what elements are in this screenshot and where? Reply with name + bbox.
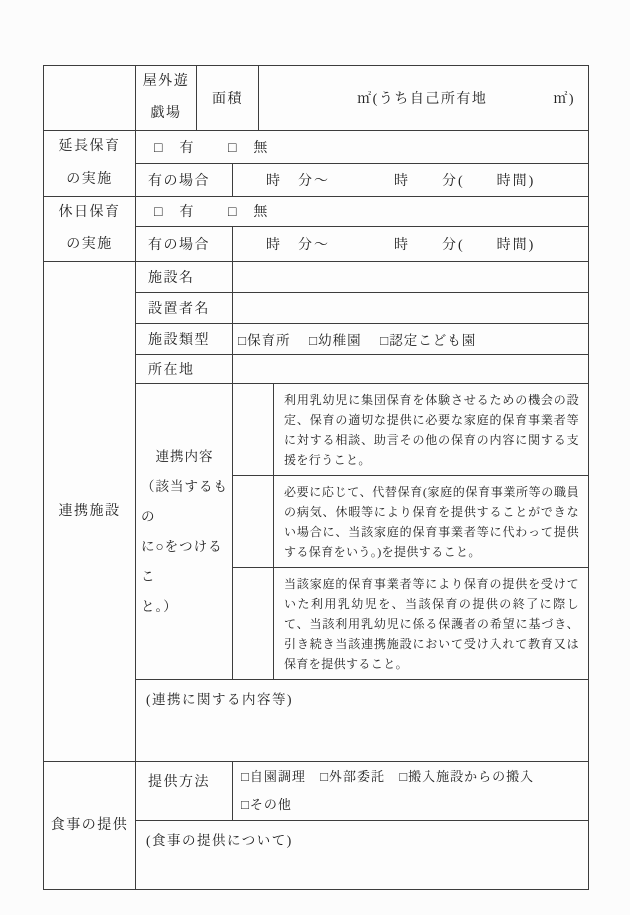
other-method-checkbox[interactable]: □その他 [241, 797, 292, 812]
own-land-unit-text: ㎡) [553, 88, 575, 108]
holiday-care-time-range: 時 分～ 時 分( 時間) [233, 226, 589, 261]
cooperation-content-label: 連携内容 （該当するもの に○をつけるこ と。） [136, 384, 233, 680]
nursery-checkbox[interactable]: □保育所 [238, 333, 291, 348]
cooperation-notes-area: (連携に関する内容等) [136, 680, 589, 762]
extended-care-availability: □ 有 □ 無 [136, 131, 589, 164]
holiday-care-label: 休日保育 の実施 [44, 196, 136, 261]
provision-method-label: 提供方法 [136, 762, 233, 821]
delivered-from-facility-checkbox[interactable]: □搬入施設からの搬入 [399, 769, 534, 784]
meal-provision-label: 食事の提供 [44, 762, 136, 890]
meal-notes-area: (食事の提供について) [136, 821, 589, 890]
cooperation-mark-cell-3[interactable] [233, 568, 274, 680]
facility-type-options: □保育所 □幼稚園 □認定こども園 [233, 324, 589, 355]
provision-method-options: □自園調理 □外部委託 □搬入施設からの搬入 □その他 [233, 762, 589, 821]
extended-care-time-range: 時 分～ 時 分( 時間) [233, 164, 589, 197]
cooperation-item-2: 必要に応じて、代替保育(家庭的保育事業所等の職員の病気、休暇等により保育を提供す… [274, 476, 589, 568]
area-unit-text: ㎡(うち自己所有地 [357, 88, 487, 108]
cooperation-mark-cell-2[interactable] [233, 476, 274, 568]
address-value [233, 355, 589, 384]
holiday-care-yes-checkbox[interactable]: □ 有 [154, 205, 195, 220]
holiday-care-if-yes-label: 有の場合 [136, 226, 233, 261]
facility-name-value [233, 262, 589, 293]
facility-type-label: 施設類型 [136, 324, 233, 355]
outdoor-playground-label: 屋外遊 戯場 [136, 66, 197, 131]
partner-facility-label: 連携施設 [44, 262, 136, 762]
cooperation-item-1: 利用乳幼児に集団保育を体験させるための機会の設定、保育の適切な提供に必要な家庭的… [274, 384, 589, 476]
onsite-cooking-checkbox[interactable]: □自園調理 [241, 769, 306, 784]
address-label: 所在地 [136, 355, 233, 384]
area-label: 面積 [197, 66, 259, 131]
extended-care-no-checkbox[interactable]: □ 無 [228, 141, 269, 156]
holiday-care-availability: □ 有 □ 無 [136, 196, 589, 226]
method-options-line1: □自園調理 □外部委託 □搬入施設からの搬入 [241, 763, 588, 791]
kindergarten-checkbox[interactable]: □幼稚園 [309, 333, 362, 348]
top-left-empty-cell [44, 66, 136, 131]
facility-form-table: 屋外遊 戯場 面積 ㎡(うち自己所有地 ㎡) 延長保育 の実施 □ 有 □ 無 … [43, 65, 589, 890]
area-value-cell: ㎡(うち自己所有地 ㎡) [259, 66, 589, 131]
holiday-care-no-checkbox[interactable]: □ 無 [228, 205, 269, 220]
facility-name-label: 施設名 [136, 262, 233, 293]
cooperation-item-3: 当該家庭的保育事業者等により保育の提供を受けていた利用乳幼児を、当該保育の提供の… [274, 568, 589, 680]
cooperation-mark-cell-1[interactable] [233, 384, 274, 476]
operator-name-label: 設置者名 [136, 293, 233, 324]
method-options-line2: □その他 [241, 791, 588, 819]
extended-care-if-yes-label: 有の場合 [136, 164, 233, 197]
extended-care-label: 延長保育 の実施 [44, 131, 136, 196]
certified-center-checkbox[interactable]: □認定こども園 [380, 333, 476, 348]
form-page: { "document": { "outdoor": { "playground… [0, 0, 630, 915]
extended-care-yes-checkbox[interactable]: □ 有 [154, 141, 195, 156]
outsourced-checkbox[interactable]: □外部委託 [320, 769, 385, 784]
operator-name-value [233, 293, 589, 324]
